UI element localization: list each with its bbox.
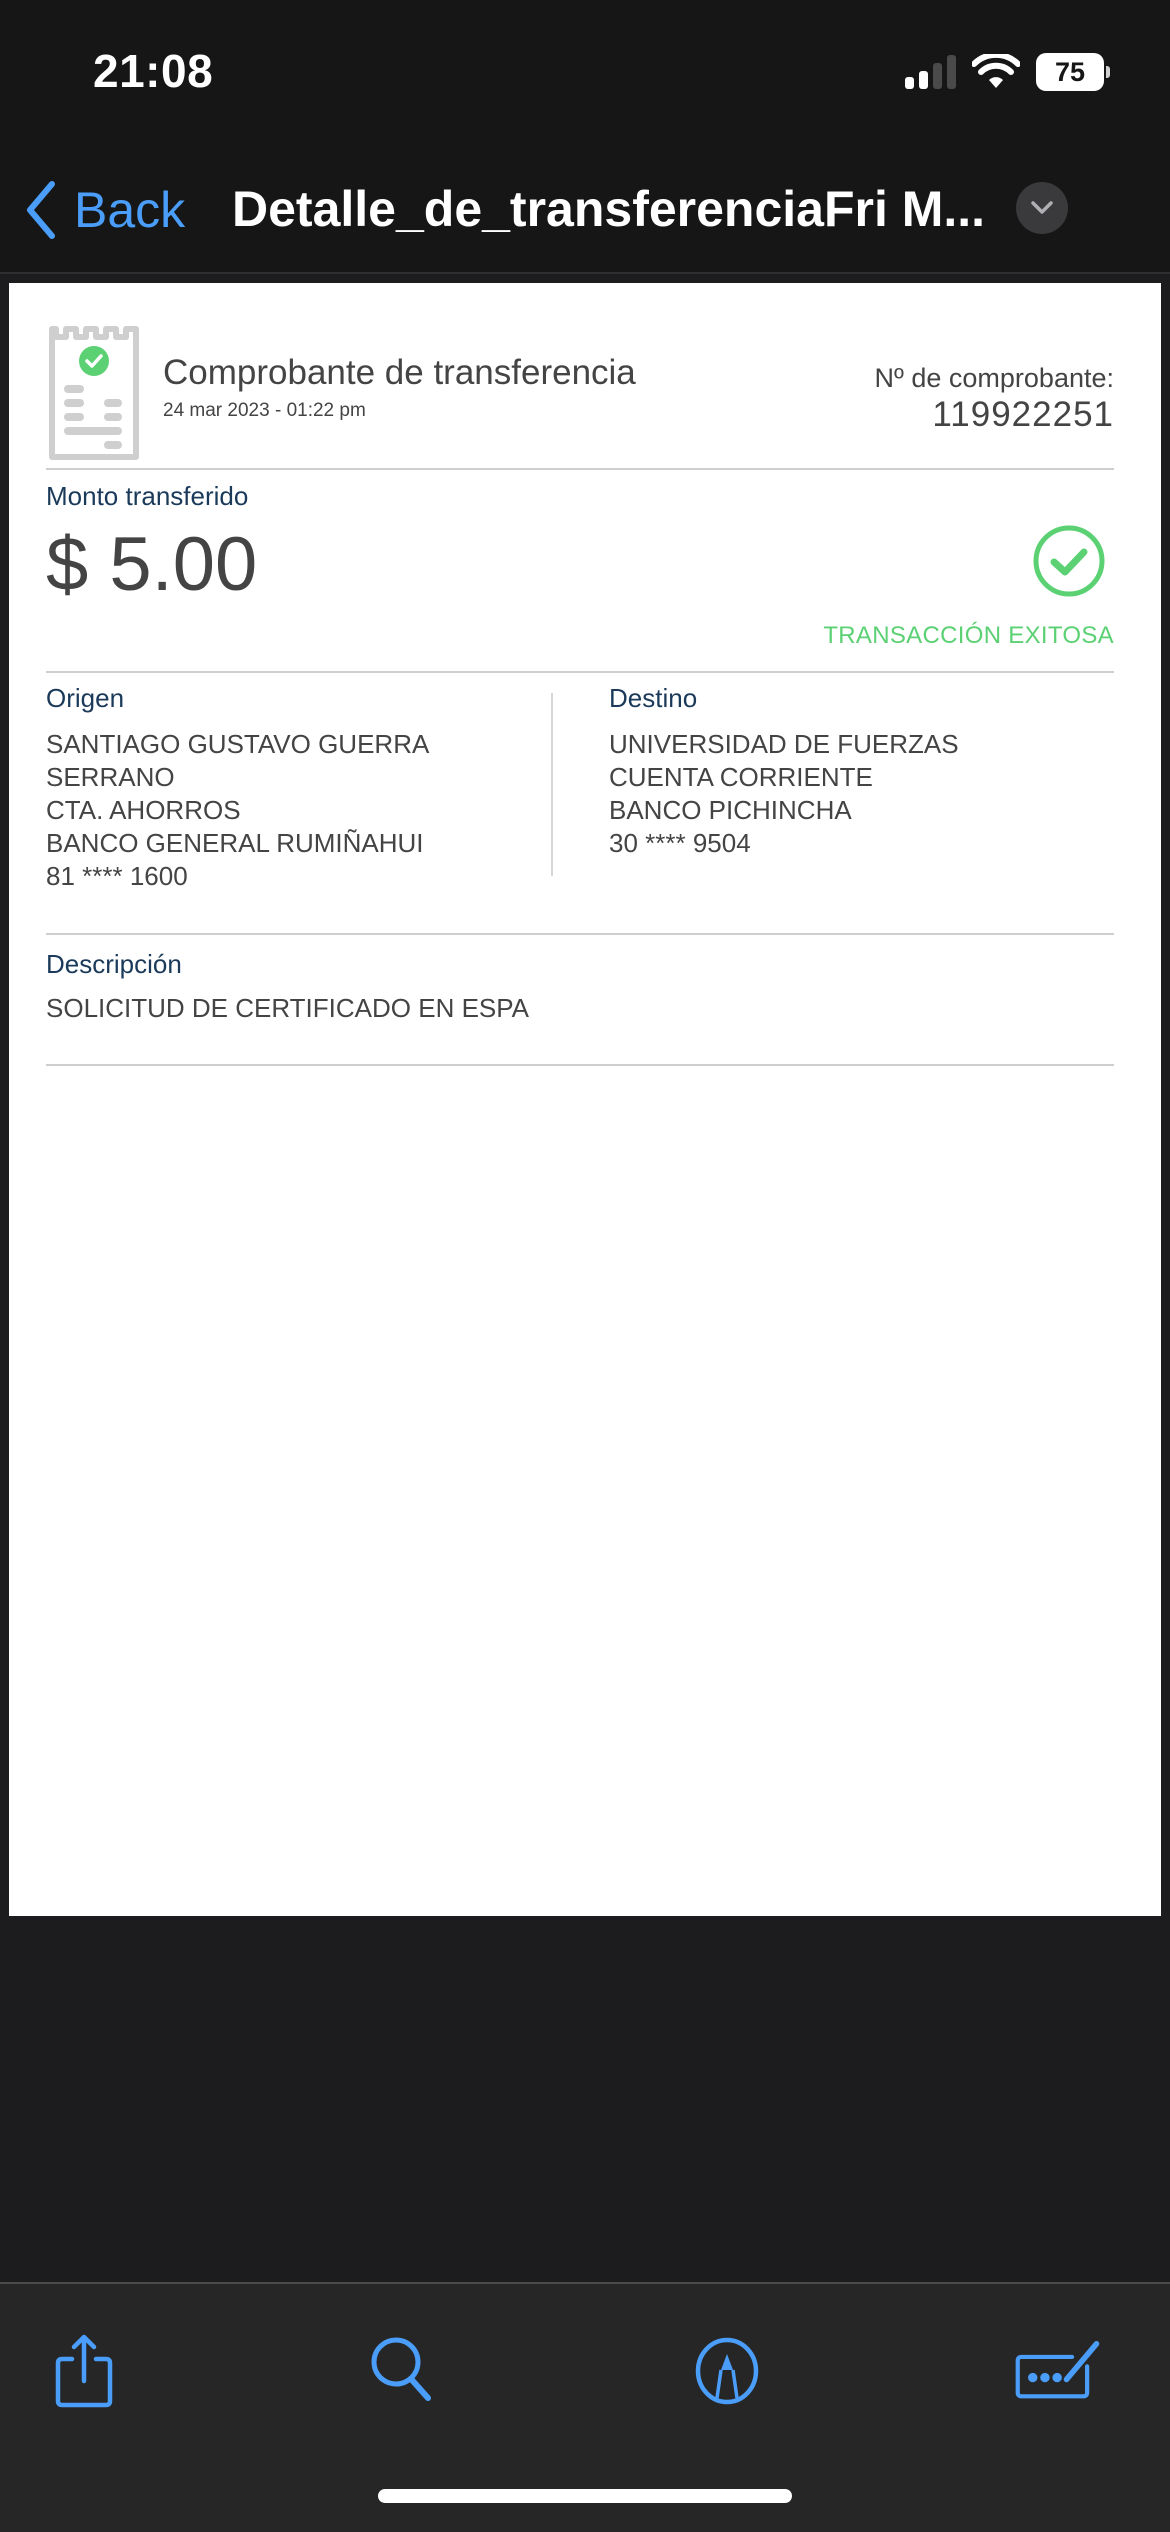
divider — [46, 671, 1114, 673]
markup-button[interactable] — [682, 2326, 772, 2416]
column-divider — [551, 693, 553, 876]
origin-line: CTA. AHORROS — [46, 794, 546, 827]
destination-line: BANCO PICHINCHA — [609, 794, 1109, 827]
description-label: Descripción — [46, 949, 182, 980]
share-button[interactable] — [39, 2326, 129, 2416]
origin-details: SANTIAGO GUSTAVO GUERRASERRANOCTA. AHORR… — [46, 728, 546, 893]
destination-section: Destino UNIVERSIDAD DE FUERZASCUENTA COR… — [609, 683, 1109, 860]
signature-icon — [1014, 2336, 1104, 2406]
battery-icon: 75 — [1036, 53, 1110, 91]
origin-line: 81 **** 1600 — [46, 860, 546, 893]
destination-details: UNIVERSIDAD DE FUERZASCUENTA CORRIENTEBA… — [609, 728, 1109, 860]
origin-line: SERRANO — [46, 761, 546, 794]
destination-line: 30 **** 9504 — [609, 827, 1109, 860]
back-label: Back — [74, 181, 185, 239]
divider — [46, 468, 1114, 470]
voucher-number: 119922251 — [932, 395, 1114, 435]
success-check-icon — [1032, 524, 1106, 598]
chevron-left-icon — [22, 180, 60, 240]
destination-line: UNIVERSIDAD DE FUERZAS — [609, 728, 1109, 761]
receipt-icon — [46, 323, 142, 463]
voucher-label: Nº de comprobante: — [875, 363, 1115, 394]
receipt-heading: Comprobante de transferencia — [163, 353, 636, 393]
markup-icon — [694, 2336, 760, 2406]
origin-label: Origen — [46, 683, 546, 714]
destination-label: Destino — [609, 683, 1109, 714]
amount-value: $ 5.00 — [46, 521, 257, 608]
cellular-signal-icon — [905, 55, 956, 89]
nav-divider — [0, 272, 1170, 274]
status-indicators: 75 — [905, 52, 1110, 92]
wifi-icon — [972, 54, 1020, 90]
origin-line: SANTIAGO GUSTAVO GUERRA — [46, 728, 546, 761]
share-icon — [54, 2333, 114, 2409]
top-bar: 21:08 75 Back Detalle_de_transferenciaFr… — [0, 0, 1170, 272]
title-menu-button[interactable] — [1016, 182, 1068, 234]
amount-label: Monto transferido — [46, 481, 248, 512]
search-button[interactable] — [358, 2326, 448, 2416]
home-indicator[interactable] — [378, 2489, 792, 2503]
description-text: SOLICITUD DE CERTIFICADO EN ESPA — [46, 993, 529, 1024]
document-title[interactable]: Detalle_de_transferenciaFri M... — [232, 180, 985, 238]
status-time: 21:08 — [93, 44, 213, 98]
battery-level: 75 — [1036, 53, 1104, 91]
signature-button[interactable] — [1014, 2326, 1104, 2416]
origin-line: BANCO GENERAL RUMIÑAHUI — [46, 827, 546, 860]
back-button[interactable]: Back — [22, 170, 185, 250]
origin-section: Origen SANTIAGO GUSTAVO GUERRASERRANOCTA… — [46, 683, 546, 893]
status-badge: TRANSACCIÓN EXITOSA — [823, 622, 1114, 650]
chevron-down-icon — [1030, 200, 1054, 216]
destination-line: CUENTA CORRIENTE — [609, 761, 1109, 794]
navigation-bar: Back Detalle_de_transferenciaFri M... — [0, 170, 1170, 250]
receipt-date: 24 mar 2023 - 01:22 pm — [163, 400, 366, 422]
document-page[interactable]: Comprobante de transferencia 24 mar 2023… — [9, 283, 1161, 1916]
search-icon — [370, 2336, 436, 2406]
divider — [46, 933, 1114, 935]
divider — [46, 1064, 1114, 1066]
